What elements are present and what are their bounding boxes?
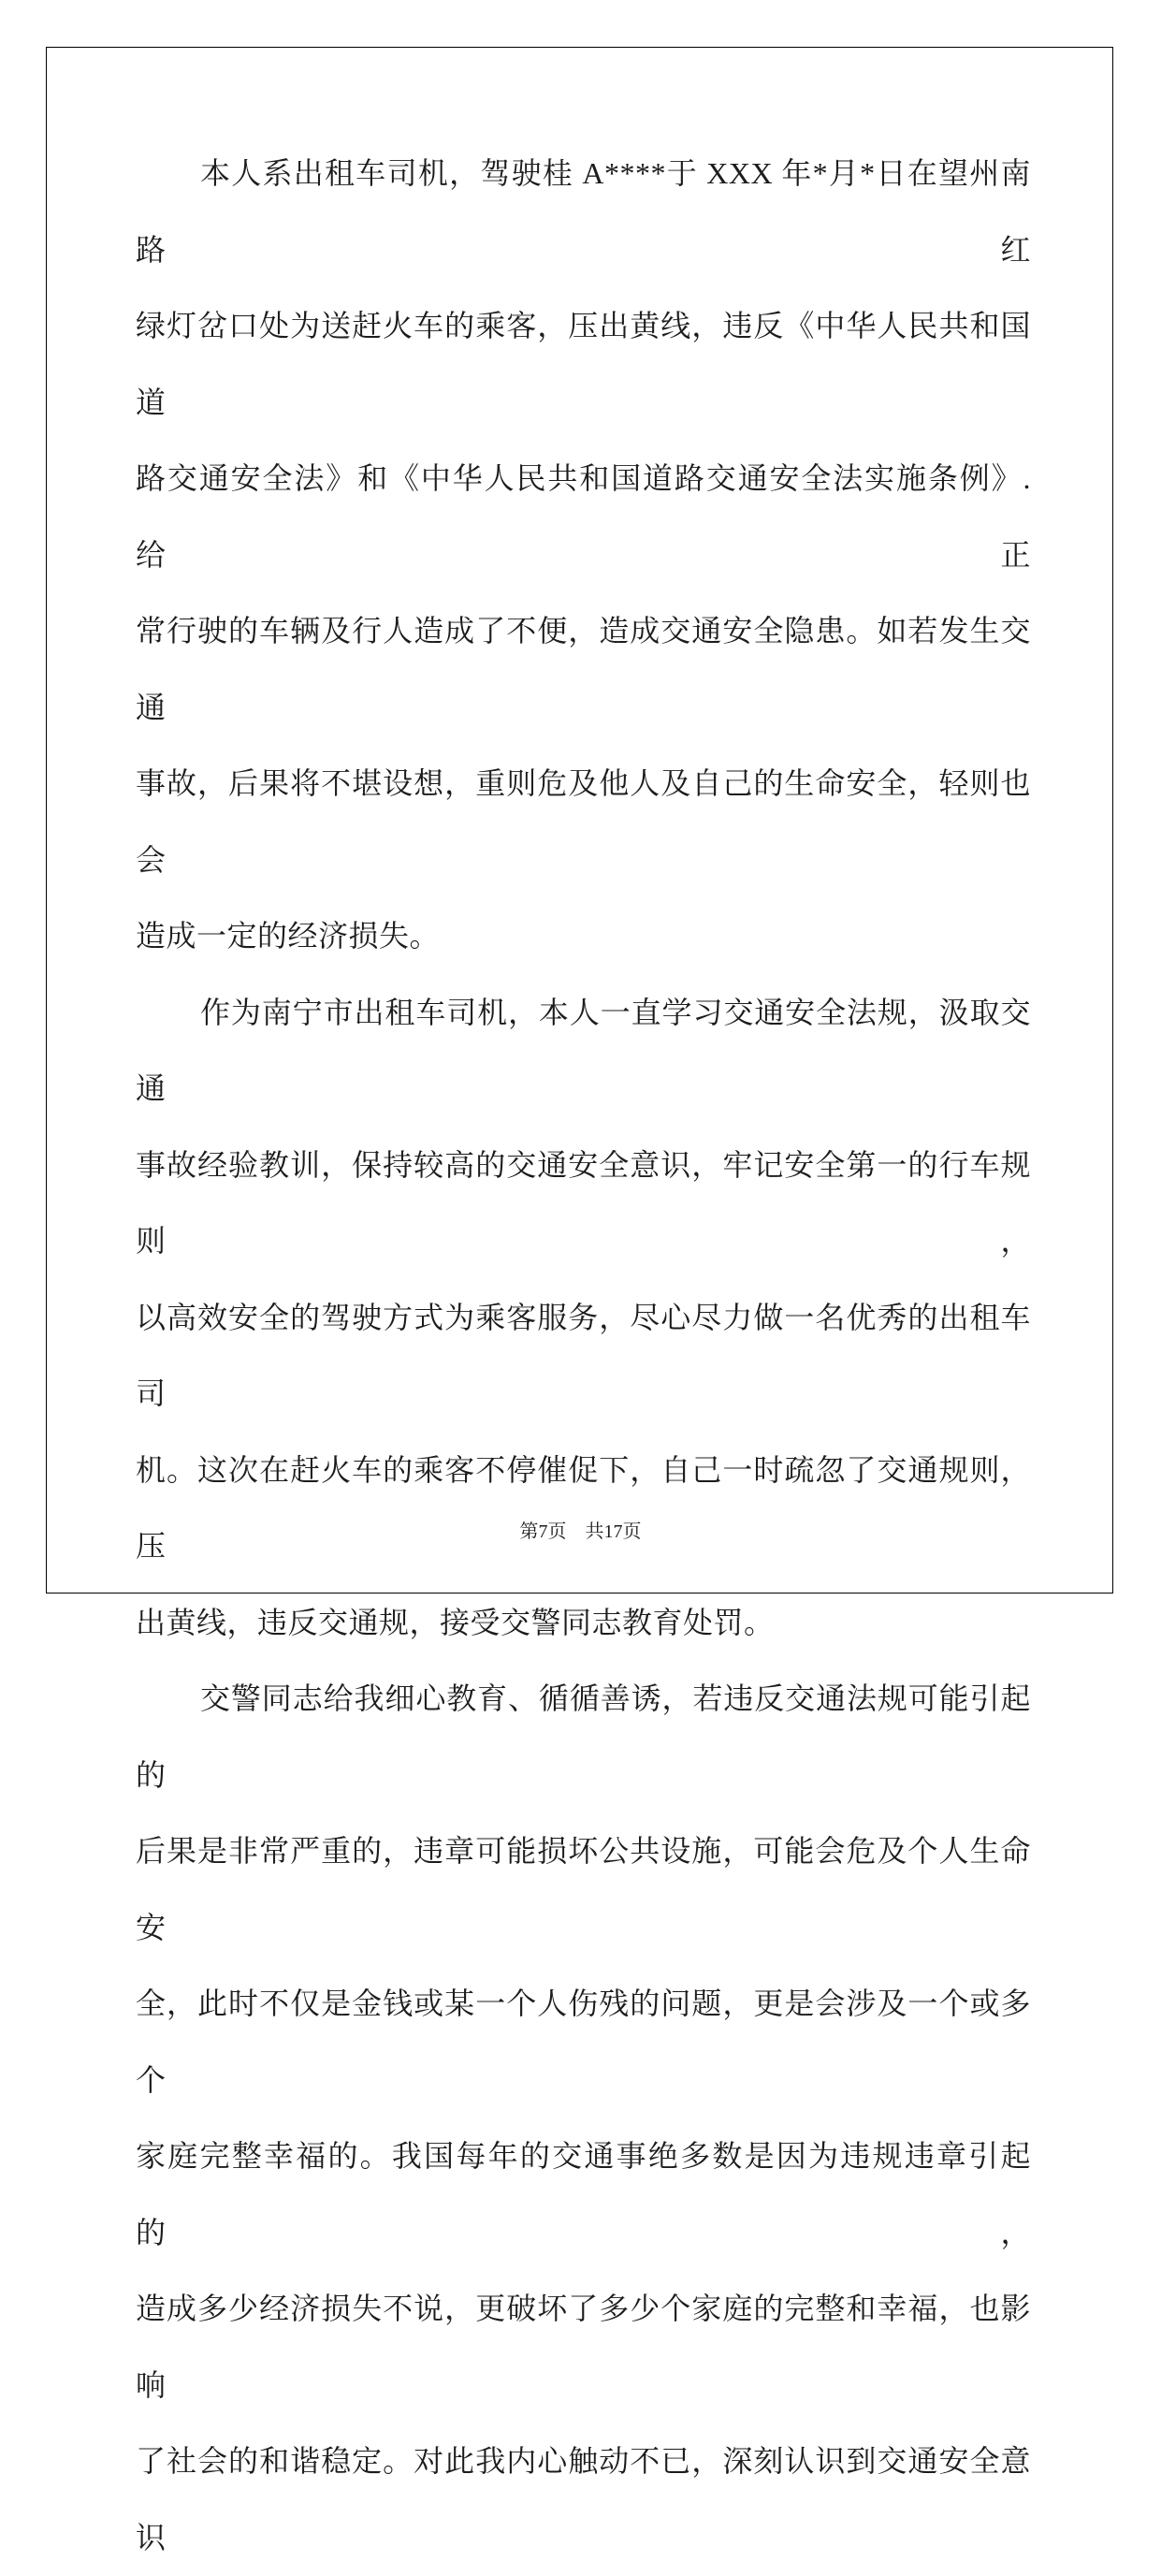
text-line: 绿灯岔口处为送赶火车的乘客，压出黄线，违反《中华人民共和国道 xyxy=(136,288,1031,441)
document-page: { "doc": { "lines": [ "本人系出租车司机，驾驶桂 A***… xyxy=(0,0,1161,1641)
paragraph-1: 本人系出租车司机，驾驶桂 A****于 XXX 年*月*日在望州南路红 绿灯岔口… xyxy=(136,136,1031,975)
text-line: 本人系出租车司机，驾驶桂 A****于 XXX 年*月*日在望州南路红 xyxy=(136,136,1031,288)
text-line: 路交通安全法》和《中华人民共和国道路交通安全法实施条例》. 给正 xyxy=(136,441,1031,593)
text-line: 事故经验教训，保持较高的交通安全意识，牢记安全第一的行车规则， xyxy=(136,1128,1031,1280)
text-line: 后果是非常严重的，违章可能损坏公共设施，可能会危及个人生命安 xyxy=(136,1813,1031,1966)
page-number: 第7页 共17页 xyxy=(520,1521,642,1542)
paragraph-2: 作为南宁市出租车司机，本人一直学习交通安全法规，汲取交通 事故经验教训，保持较高… xyxy=(136,975,1031,1662)
text-line: 事故，后果将不堪设想，重则危及他人及自己的生命安全，轻则也会 xyxy=(136,746,1031,898)
text-line: 了社会的和谐稳定。对此我内心触动不已，深刻认识到交通安全意识 xyxy=(136,2423,1031,2576)
text-line: 造成一定的经济损失。 xyxy=(136,898,1031,975)
text-line: 作为南宁市出租车司机，本人一直学习交通安全法规，汲取交通 xyxy=(136,975,1031,1128)
text-line: 交警同志给我细心教育、循循善诱，若违反交通法规可能引起的 xyxy=(136,1661,1031,1813)
text-line: 家庭完整幸福的。我国每年的交通事绝多数是因为违规违章引起的， xyxy=(136,2118,1031,2271)
page-footer: 第7页 共17页 xyxy=(0,1518,1161,1546)
text-line: 常行驶的车辆及行人造成了不便，造成交通安全隐患。如若发生交通 xyxy=(136,593,1031,746)
text-line: 机。这次在赶火车的乘客不停催促下，自己一时疏忽了交通规则，压 xyxy=(136,1433,1031,1585)
text-line: 以高效安全的驾驶方式为乘客服务，尽心尽力做一名优秀的出租车司 xyxy=(136,1280,1031,1433)
paragraph-3: 交警同志给我细心教育、循循善诱，若违反交通法规可能引起的 后果是非常严重的，违章… xyxy=(136,1661,1031,2576)
text-line: 全，此时不仅是金钱或某一个人伤残的问题，更是会涉及一个或多个 xyxy=(136,1966,1031,2118)
text-line: 造成多少经济损失不说，更破坏了多少个家庭的完整和幸福，也影响 xyxy=(136,2271,1031,2423)
document-text: 本人系出租车司机，驾驶桂 A****于 XXX 年*月*日在望州南路红 绿灯岔口… xyxy=(136,136,1031,2576)
text-line: 出黄线，违反交通规，接受交警同志教育处罚。 xyxy=(136,1585,1031,1662)
